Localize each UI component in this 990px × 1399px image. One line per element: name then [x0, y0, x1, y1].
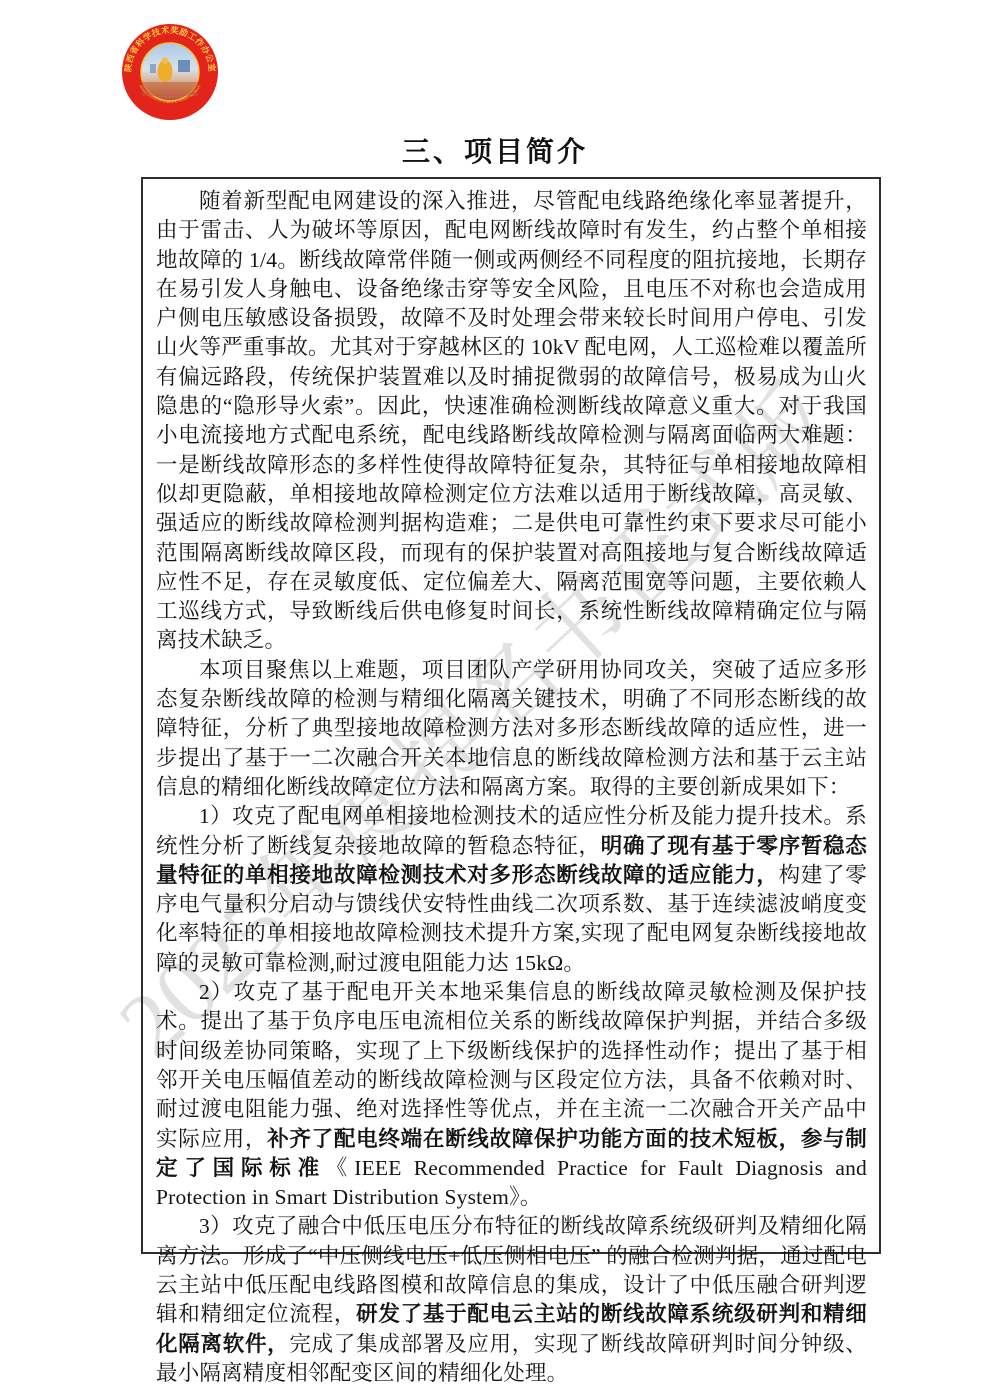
project-introduction-box: 随着新型配电网建设的深入推进，尽管配电线路绝缘化率显著提升，由于雷击、人为破坏等…: [141, 177, 881, 1254]
paragraph: 3）攻克了融合中低压电压分布特征的断线故障系统级研判及精细化隔离方法。形成了“中…: [156, 1212, 867, 1388]
section-title: 三、项目简介: [0, 130, 990, 170]
statue-head: [162, 57, 169, 64]
document-body: 随着新型配电网建设的深入推进，尽管配电线路绝缘化率显著提升，由于雷击、人为破坏等…: [156, 187, 867, 1388]
seal-logo-graphic: 陕西省科学技术奖励工作办公室 Shaanxi Office Of Science…: [120, 22, 220, 122]
paragraph: 本项目聚焦以上难题，项目团队产学研用协同攻关，突破了适应多形态复杂断线故障的检测…: [156, 656, 867, 802]
paragraph: 随着新型配电网建设的深入推进，尽管配电线路绝缘化率显著提升，由于雷击、人为破坏等…: [156, 187, 867, 656]
award-office-seal-logo: 陕西省科学技术奖励工作办公室 Shaanxi Office Of Science…: [120, 22, 220, 122]
text-run: 本项目聚焦以上难题，项目团队产学研用协同攻关，突破了适应多形态复杂断线故障的检测…: [156, 658, 867, 799]
text-run: 2）攻克了基于配电开关本地采集信息的断线故障灵敏检测及保护技术。提出了基于负序电…: [156, 980, 867, 1150]
building-shape-2: [150, 64, 156, 73]
text-run: 随着新型配电网建设的深入推进，尽管配电线路绝缘化率显著提升，由于雷击、人为破坏等…: [156, 189, 867, 652]
building-shape: [178, 60, 190, 72]
paragraph: 1）攻克了配电网单相接地检测技术的适应性分析及能力提升技术。系统性分析了断线复杂…: [156, 802, 867, 978]
document-page: 陕西省科学技术奖励工作办公室 Shaanxi Office Of Science…: [0, 0, 990, 1399]
paragraph: 2）攻克了基于配电开关本地采集信息的断线故障灵敏检测及保护技术。提出了基于负序电…: [156, 978, 867, 1212]
